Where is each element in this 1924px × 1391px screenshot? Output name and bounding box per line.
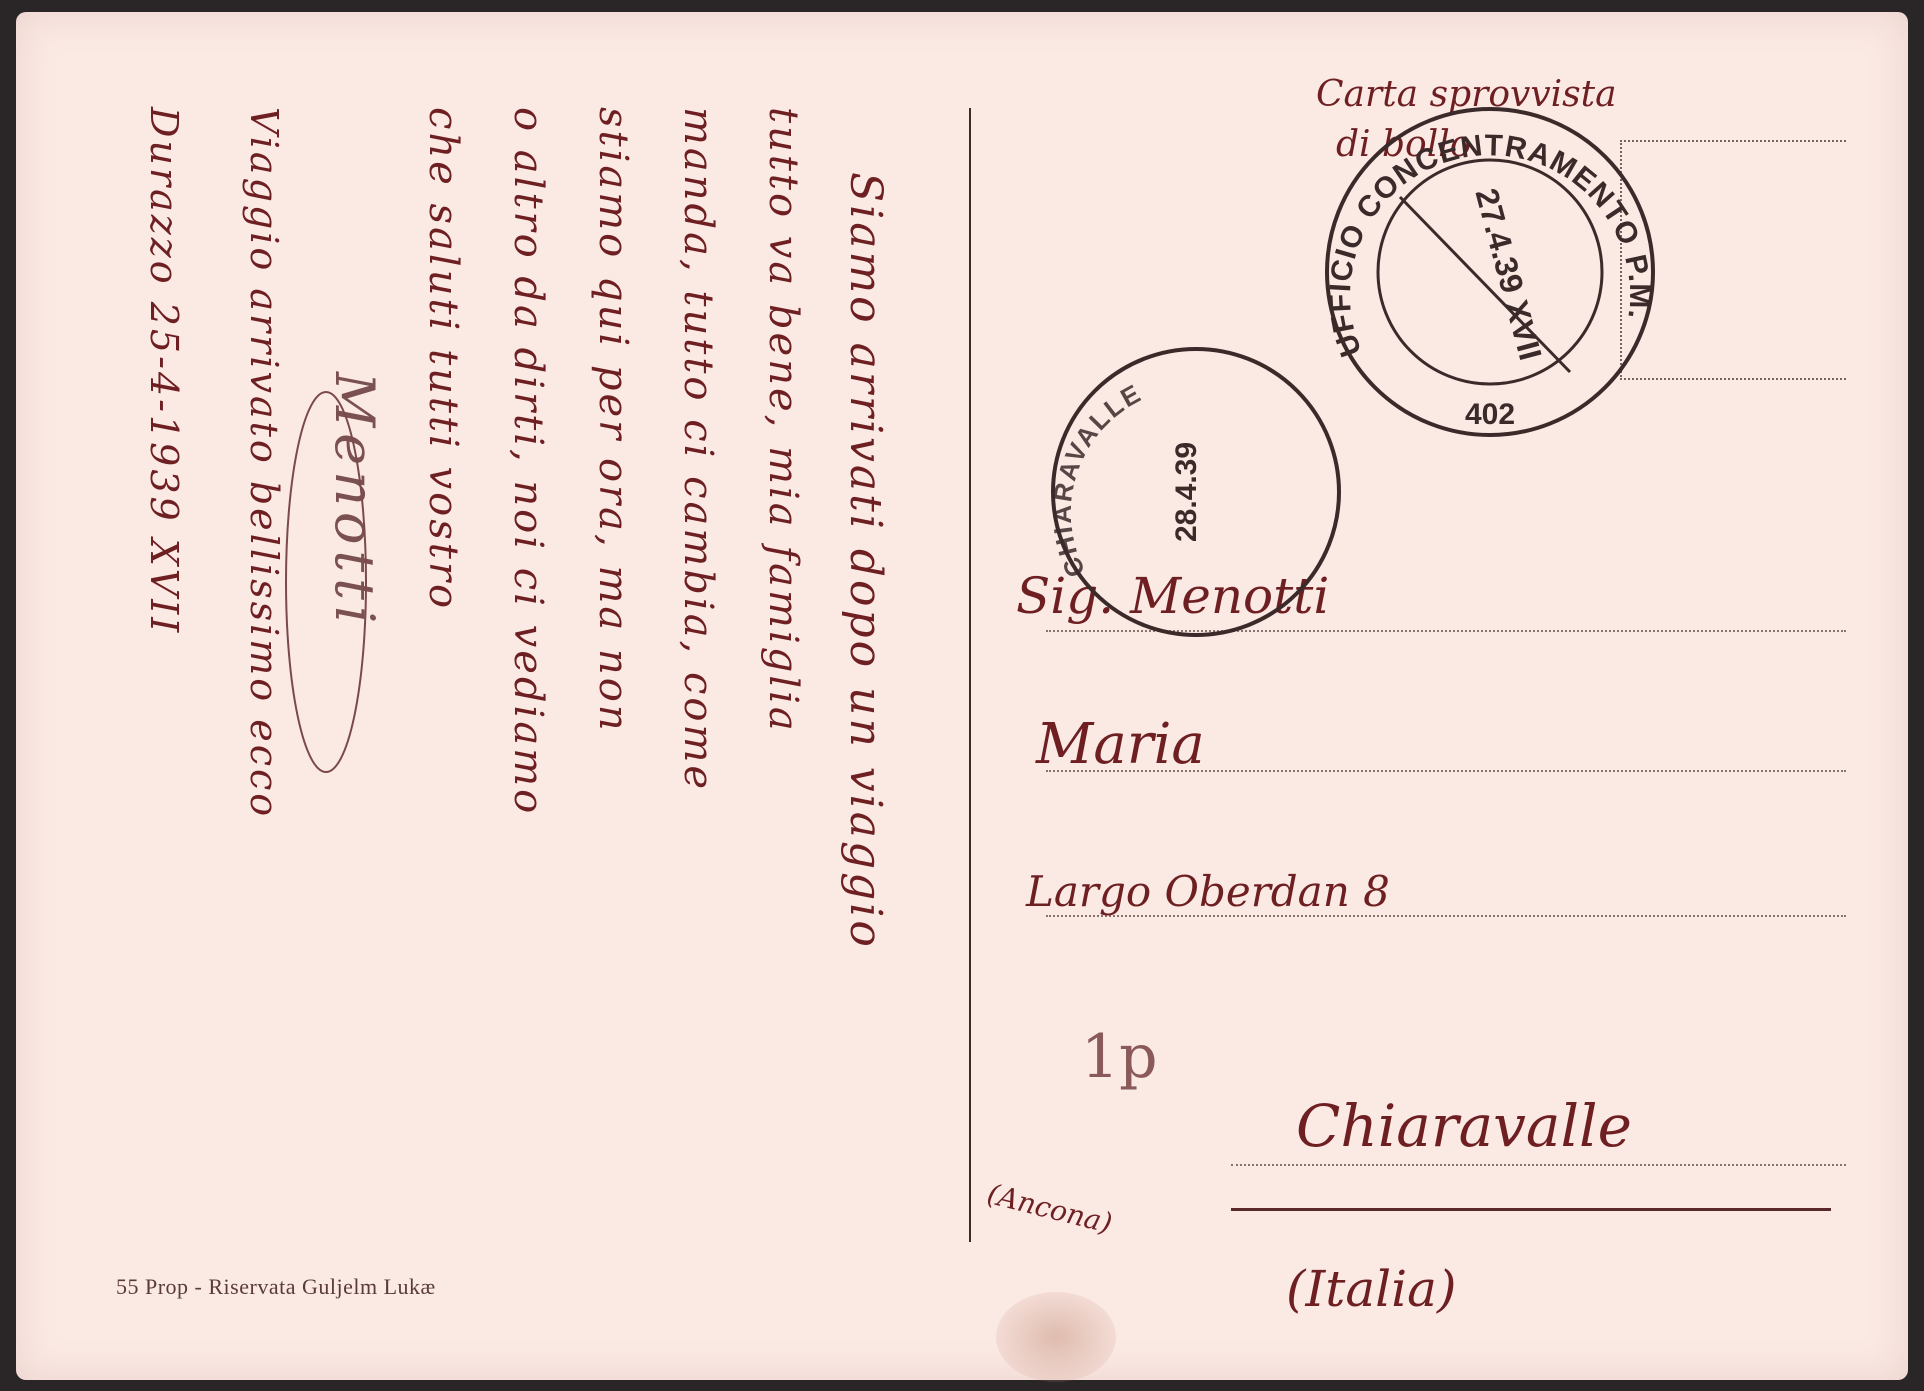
city-underline <box>1231 1208 1831 1211</box>
address-line-2: Maria <box>1036 712 1205 777</box>
svg-text:402: 402 <box>1465 398 1515 431</box>
address-country: (Italia) <box>1286 1260 1456 1318</box>
message-line-1: Siamo arrivati dopo un viaggio <box>840 172 891 950</box>
message-line-8: Durazzo 25-4-1939 XVII <box>142 107 186 635</box>
postage-due-mark: 1p <box>1081 1022 1158 1092</box>
stain <box>996 1292 1116 1382</box>
svg-text:28.4.39: 28.4.39 <box>1170 442 1203 542</box>
address-line-3: Largo Oberdan 8 <box>1026 867 1390 916</box>
postmark-concentration-office: UFFICIO CONCENTRAMENTO P.M. 402 27.4.39 … <box>1320 102 1660 442</box>
message-line-5: o altro da dirti, noi ci vediamo <box>505 107 551 816</box>
message-line-6: che saluti tutti vostro <box>420 107 466 611</box>
address-province: (Ancona) <box>984 1177 1116 1240</box>
signature-flourish <box>271 372 391 792</box>
message-line-2: tutto va bene, mia famiglia <box>760 107 806 734</box>
postmark-chiaravalle: CHIARAVALLE 28.4.39 <box>1046 342 1346 642</box>
printed-caption: 55 Prop - Riservata Guljelm Lukæ <box>116 1274 436 1300</box>
message-line-3: manda, tutto ci cambia, come <box>675 107 721 792</box>
address-rule-4 <box>1231 1164 1846 1166</box>
postcard-back: Siamo arrivati dopo un viaggio tutto va … <box>16 12 1908 1380</box>
svg-text:CHIARAVALLE: CHIARAVALLE <box>1047 378 1147 582</box>
message-line-4: stiamo qui per ora, ma non <box>590 107 636 734</box>
address-city: Chiaravalle <box>1296 1092 1632 1160</box>
center-divider <box>969 108 971 1242</box>
